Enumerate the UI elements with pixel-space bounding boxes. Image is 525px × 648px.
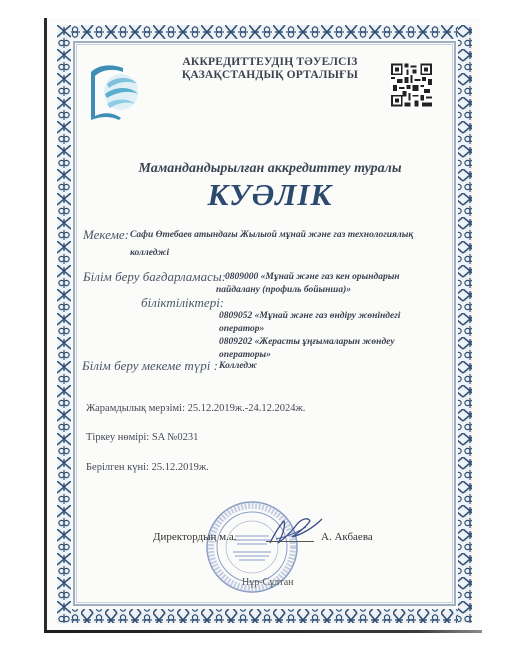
paper-edge-bottom	[44, 630, 482, 633]
signature-label: Директордың м.а.	[153, 531, 236, 543]
qualification-2-line1: 0809202 «Жерасты ұңғымаларын жөндеу	[219, 337, 395, 347]
certificate-title: КУӘЛІК	[80, 177, 460, 213]
issue-date: Берілген күні: 25.12.2019ж.	[86, 462, 209, 473]
organization-name: АККРЕДИТТЕУДІҢ ТӘУЕЛСІЗ ҚАЗАҚСТАНДЫҚ ОРТ…	[150, 56, 390, 82]
qualification-2-line2: операторы»	[219, 350, 271, 360]
certificate-subtitle: Мамандандырылған аккредиттеу туралы	[80, 161, 460, 177]
qualifications-label: біліктіліктері:	[141, 295, 224, 311]
signatory-name: А. Акбаева	[321, 531, 373, 543]
organization-name-line1: АККРЕДИТТЕУДІҢ ТӘУЕЛСІЗ	[150, 56, 390, 69]
organization-name-line2: ҚАЗАҚСТАНДЫҚ ОРТАЛЫҒЫ	[150, 69, 390, 82]
book-globe-logo-icon	[83, 58, 145, 124]
qualification-1-line1: 0809052 «Мұнай және газ өндіру жөніндегі	[219, 311, 400, 321]
program-label: Білім беру бағдарламасы:	[83, 269, 226, 285]
institution-type-value: Колледж	[219, 361, 257, 371]
qualification-1-line2: оператор»	[219, 324, 264, 334]
handwritten-signature	[262, 513, 328, 549]
institution-name-line1: Сафи Өтебаев атындағы Жылыой мұнай және …	[130, 230, 413, 240]
program-line2: пайдалану (профиль бойынша)»	[216, 285, 351, 295]
institution-name-line2: колледжі	[130, 248, 169, 258]
program-line1: 0809000 «Мұнай және газ кен орындарын	[225, 272, 400, 282]
institution-label: Мекеме:	[83, 227, 129, 243]
validity-period: Жарамдылық мерзімі: 25.12.2019ж.-24.12.2…	[86, 403, 305, 414]
registration-number: Тіркеу нөмірі: SA №0231	[86, 432, 198, 443]
institution-type-label: Білім беру мекеме түрі :	[82, 358, 218, 374]
qr-code-icon	[391, 63, 432, 107]
issue-city: Нұр-Сұлтан	[242, 577, 294, 588]
